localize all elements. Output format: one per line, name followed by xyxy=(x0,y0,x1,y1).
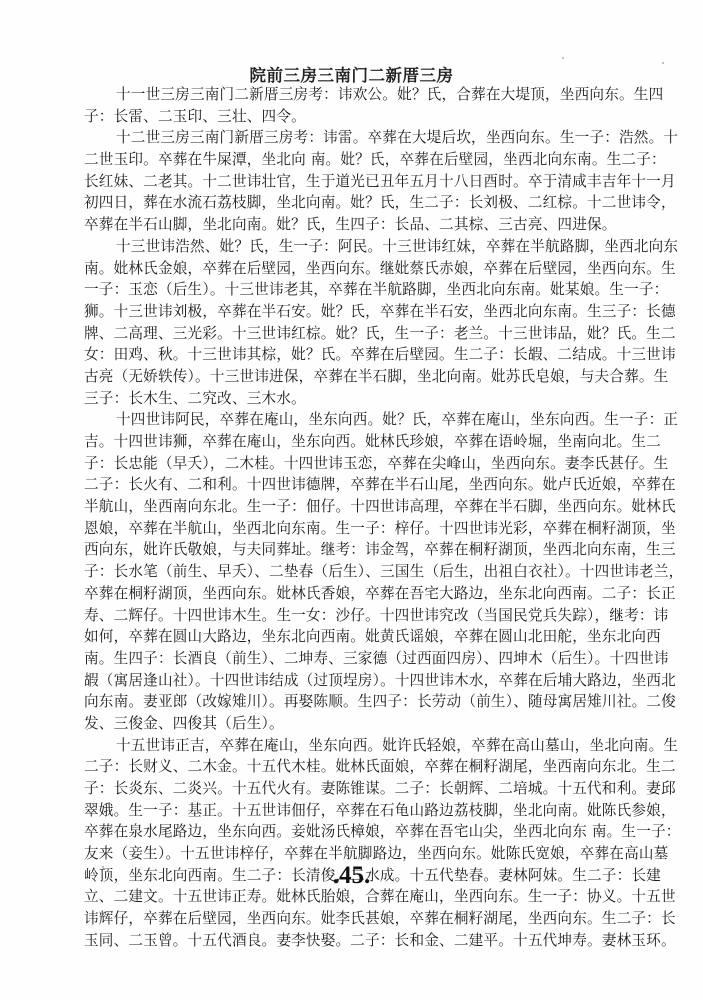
text-line: 初四日，葬在水流石荔枝脚，坐北向南。妣？氏，生二子：长刘极、二红棕。十二世讳令， xyxy=(84,192,627,214)
genealogy-body-text: 十一世三房三南门二新厝三房考：讳欢公。妣？氏，合葬在大堤顶，坐西向东。生四子：长… xyxy=(84,84,627,952)
text-line: 如何，卒葬在圆山大路边，坐东北向西南。妣黄氏谣娘，卒葬在圆山北田舵，坐东北向西 xyxy=(84,626,627,648)
text-line: 恩娘，卒葬在半航山，坐西北向东南。生一子：梓仔。十四世讳光彩，卒葬在桐籽湖顶，坐 xyxy=(84,518,627,540)
text-line: 子：长水笔（前生、早夭）、二垫春（后生）、三国生（后生，出祖白衣社）。十四世讳老… xyxy=(84,561,627,583)
text-line: 十四世讳阿民，卒葬在庵山，坐东向西。妣？氏，卒葬在庵山，坐东向西。生一子：正 xyxy=(84,409,627,431)
text-line: 向东南。妻亚郎（改嫁雉川）。再娶陈顺。生四子：长劳动（前生）、随母寓居雉川社。二… xyxy=(84,691,627,713)
text-line: 子：长忠能（早夭），二木桂。十四世讳玉恋，卒葬在尖峰山，坐西向东。妻李氏甚仔。生 xyxy=(84,453,627,475)
text-line: 吉。十四世讳狮，卒葬在庵山，坐东向西。妣林氏珍娘，卒葬在语岭堀，坐南向北。生二 xyxy=(84,431,627,453)
text-line: 翠娥。生一子：基正。十五世讳佃仔，卒葬在石龟山路边荔枝脚，坐北向南。妣陈氏参娘， xyxy=(84,800,627,822)
text-line: 西向东，妣许氏敬娘，与夫同葬址。继考：讳金驾，卒葬在桐籽湖顶，坐西北向东南，生三 xyxy=(84,539,627,561)
text-line: 三子：长木生、二究改、三木水。 xyxy=(84,388,627,410)
text-line: 十二世三房三南门新厝三房考：讳雷。卒葬在大堤后坎，坐西向东。生一子：浩然。十 xyxy=(84,127,627,149)
text-line: 卒葬在半石山脚，坐北向南。妣？氏，生四子：长品、二其棕、三古亮、四进保。 xyxy=(84,214,627,236)
text-line: 古亮（无娇轶传）。十三世讳进保，卒葬在半石脚，坐北向南。妣苏氏皂娘，与夫合葬。生 xyxy=(84,366,627,388)
text-line: 讳辉仔，卒葬在后壁园，坐西向东。妣李氏甚娘，卒葬在桐籽湖尾，坐西向东。生二子：长 xyxy=(84,908,627,930)
scan-speck xyxy=(662,62,664,64)
scan-speck xyxy=(412,893,414,895)
section-title: 院前三房三南门二新厝三房 xyxy=(0,62,703,86)
text-line: 二子：长财义、二木金。十五代木桂。妣林氏面娘，卒葬在桐籽湖尾，坐西南向东北。生二 xyxy=(84,756,627,778)
page-number: .45. xyxy=(0,862,703,890)
scan-speck xyxy=(102,866,104,868)
document-page: 院前三房三南门二新厝三房 十一世三房三南门二新厝三房考：讳欢公。妣？氏，合葬在大… xyxy=(0,0,703,1000)
text-line: 子：长雷、二玉印、三壮、四令。 xyxy=(84,106,627,128)
text-line: 十三世讳浩然、妣？氏，生一子：阿民。十三世讳红妹，卒葬在半航路脚，坐西北向东 xyxy=(84,236,627,258)
text-line: 卒葬在泉水尾路边，坐东向西。妾妣汤氏樟娘，卒葬在吾宅山尖，坐西北向东 南。生一子… xyxy=(84,821,627,843)
text-line: 寿、二辉仔。十四世讳木生。生一女：沙仔。十四世讳究改（当国民党兵失踪），继考：讳 xyxy=(84,605,627,627)
text-line: 一子：玉恋（后生）。十三世讳老其，卒葬在半航路脚，坐西北向东南。妣某娘。生一子： xyxy=(84,279,627,301)
text-line: 二世玉印。卒葬在牛屎潭，坐北向 南。妣？氏，卒葬在后壁园，坐西北向东南。生二子： xyxy=(84,149,627,171)
scan-speck xyxy=(562,57,564,59)
text-line: 十五世讳正吉，卒葬在庵山，坐东向西。妣许氏轻娘，卒葬在高山墓山，坐北向南。生 xyxy=(84,735,627,757)
text-line: 南。妣林氏金娘，卒葬在后壁园，坐西向东。继妣蔡氏赤娘，卒葬在后壁园，坐西向东。生 xyxy=(84,258,627,280)
text-line: 卒葬在桐籽湖顶，坐西向东。妣林氏香娘，卒葬在吾宅大路边，坐东北向西南。二子：长正 xyxy=(84,583,627,605)
text-line: 女：田鸡、秋。十三世讳其棕，妣？氏。卒葬在后壁园。生二子：长嘏、二结成。十三世讳 xyxy=(84,344,627,366)
text-line: 玉同、二玉曾。十五代酒良。妻李快娶。二子：长和金、二建平。十五代坤寿。妻林玉环。 xyxy=(84,930,627,952)
text-line: 二子：长火有、二和利。十四世讳德牌，卒葬在半石山尾，坐西向东。妣卢氏近娘，卒葬在 xyxy=(84,474,627,496)
text-line: 发、三俊金、四俊其（后生）。 xyxy=(84,713,627,735)
text-line: 半航山，坐西南向东北。生一子：佃仔。十四世讳高理，卒葬在半石脚，坐西向东。妣林氏 xyxy=(84,496,627,518)
text-line: 南。生四子：长酒良（前生）、二坤寿、三家德（过西面四房）、四坤木（后生）。十四世… xyxy=(84,648,627,670)
text-line: 子：长炎东、二炎兴。十五代火有。妻陈锥谋。二子：长朝辉、二培城。十五代和利。妻邱 xyxy=(84,778,627,800)
text-line: 狮。十三世讳刘极，卒葬在半石安。妣？氏，卒葬在半石安，坐西北向东南。生三子：长德 xyxy=(84,301,627,323)
text-line: 牌、二高理、三光彩。十三世讳红棕。妣？氏，生一子：老兰。十三世讳品，妣？氏。生二 xyxy=(84,323,627,345)
text-line: 嘏（寓居逢山社）。十四世讳结成（过顶埕房）。十四世讳木水，卒葬在后埔大路边，坐西… xyxy=(84,670,627,692)
text-line: 长红妹、二老其。十二世讳壮官，生于道光已丑年五月十八日酉时。卒于清咸丰吉年十一月 xyxy=(84,171,627,193)
text-line: 十一世三房三南门二新厝三房考：讳欢公。妣？氏，合葬在大堤顶，坐西向东。生四 xyxy=(84,84,627,106)
